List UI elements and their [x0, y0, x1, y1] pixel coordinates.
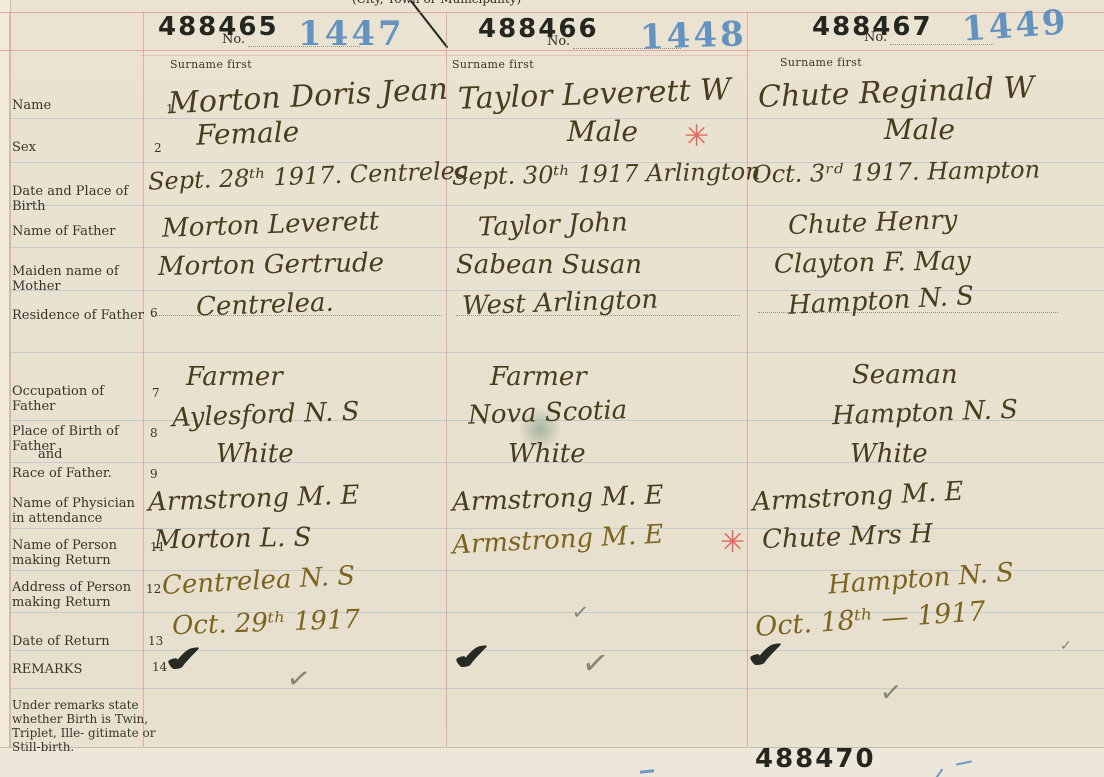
entry-date-return: Oct. 29ᵗʰ 1917: [172, 607, 361, 640]
entry-birth: Sept. 28ᵗʰ 1917. Centrelea: [148, 158, 470, 193]
pencil-checkmark: ✓: [284, 660, 313, 697]
entry-father: Taylor John: [478, 209, 629, 240]
entry-physician: Armstrong M. E: [751, 478, 964, 515]
row-number: 12: [146, 582, 161, 596]
entry-father-birthplace: Nova Scotia: [468, 397, 628, 429]
entry-date-return: Oct. 18ᵗʰ — 1917: [754, 598, 986, 641]
remarks-checkmark: ✔: [161, 637, 206, 680]
entry-sex: Female: [196, 118, 300, 150]
entry-residence: West Arlington: [462, 287, 659, 320]
entry-address-return: Centrelea N. S: [161, 563, 355, 599]
row-line: [9, 688, 1104, 689]
entry-occupation: Farmer: [490, 364, 587, 390]
entry-sex: Male: [884, 116, 955, 144]
entry-race: White: [508, 441, 586, 467]
entry-mother: Sabean Susan: [456, 252, 642, 278]
row-label-sex: Sex: [12, 140, 150, 155]
row-label-residence: Residence of Father: [12, 308, 150, 323]
pencil-checkmark: ✓: [571, 599, 590, 625]
row-number: 9: [150, 467, 158, 481]
header-city-town-note: (City, Town or Municipality): [352, 0, 521, 6]
remarks-checkmark: ✔: [449, 635, 494, 678]
no-label: No.: [864, 30, 887, 45]
entry-birth: Sept. 30ᵗʰ 1917 Arlington: [452, 159, 761, 188]
entry-physician: Armstrong M. E: [148, 482, 360, 515]
row-number: 8: [150, 426, 158, 440]
entry-name: Chute Reginald W: [758, 73, 1035, 113]
entry-residence: Hampton N. S: [787, 283, 974, 319]
no-label: No.: [547, 34, 570, 49]
no-label: No.: [222, 32, 245, 47]
pencil-checkmark: ✓: [878, 677, 903, 709]
row-label-mother: Maiden name of Mother: [12, 264, 150, 295]
row-label-occupation: Occupation of Father: [12, 384, 150, 415]
record-stamp-number: 488465: [158, 12, 279, 42]
pencil-checkmark: ✓: [579, 642, 611, 683]
entry-father-birthplace: Hampton N. S: [832, 397, 1019, 429]
row-label-date-return: Date of Return: [12, 634, 150, 649]
entry-race: White: [216, 441, 294, 467]
entry-occupation: Seaman: [852, 362, 958, 388]
surname-first-label: Surname first: [170, 58, 252, 71]
row-number: 2: [154, 141, 162, 155]
surname-first-label: Surname first: [780, 56, 862, 69]
entry-father-birthplace: Aylesford N. S: [172, 399, 360, 432]
record-stamp-number: 488466: [478, 14, 599, 44]
grid-line: [0, 50, 1104, 51]
entry-name: Taylor Leverett W: [458, 75, 732, 115]
entry-race: White: [850, 441, 928, 467]
remarks-checkmark: ✔: [743, 633, 788, 676]
row-label-name: Name: [12, 98, 150, 113]
registration-number: 1449: [961, 2, 1070, 49]
entry-person-return: Chute Mrs H: [762, 521, 934, 553]
registration-number: 1448: [639, 14, 747, 58]
entry-father: Morton Leverett: [162, 208, 380, 242]
entry-occupation: Farmer: [186, 364, 283, 390]
entry-address-return: Hampton N. S: [827, 560, 1014, 599]
next-page-stamp-number: 488470: [755, 744, 876, 774]
entry-mother: Morton Gertrude: [158, 250, 384, 280]
registration-number: 1447: [298, 14, 405, 54]
surname-first-label: Surname first: [452, 58, 534, 71]
row-label-remarks: REMARKS: [12, 662, 150, 677]
row-number: 6: [150, 306, 158, 320]
entry-person-return: Morton L. S: [154, 525, 312, 554]
entry-sex: Male: [567, 118, 638, 146]
row-label-race: Race of Father.: [12, 466, 150, 481]
entry-physician: Armstrong M. E: [452, 482, 664, 515]
scanned-birth-register-page: { "page": { "header_note": "(City, Town …: [0, 0, 1104, 777]
row-label-father: Name of Father: [12, 224, 150, 239]
row-label-address-return: Address of Person making Return: [12, 580, 150, 611]
entry-birth: Oct. 3ʳᵈ 1917. Hampton: [752, 157, 1040, 186]
pencil-checkmark: ✓: [1060, 638, 1072, 654]
entry-father: Chute Henry: [788, 207, 958, 239]
red-asterisk-mark: ✳: [684, 122, 709, 152]
row-label-and: and: [38, 447, 176, 462]
footer-note: Under remarks state whether Birth is Twi…: [12, 698, 170, 755]
pen-slash-mark: [410, 0, 449, 48]
entry-mother: Clayton F. May: [774, 248, 971, 277]
entry-residence: Centrelea.: [196, 290, 335, 321]
entry-name: Morton Doris Jean: [167, 75, 448, 120]
row-label-birth: Date and Place of Birth: [12, 184, 150, 215]
red-asterisk-mark: ✳: [720, 528, 745, 558]
row-line: [9, 352, 1104, 353]
grid-line: [446, 12, 447, 747]
row-label-physician: Name of Physician in attendance: [12, 496, 150, 527]
row-number: 7: [152, 386, 160, 400]
row-label-person-return: Name of Person making Return: [12, 538, 150, 569]
grid-line: [747, 12, 748, 747]
grid-line: [9, 12, 10, 747]
